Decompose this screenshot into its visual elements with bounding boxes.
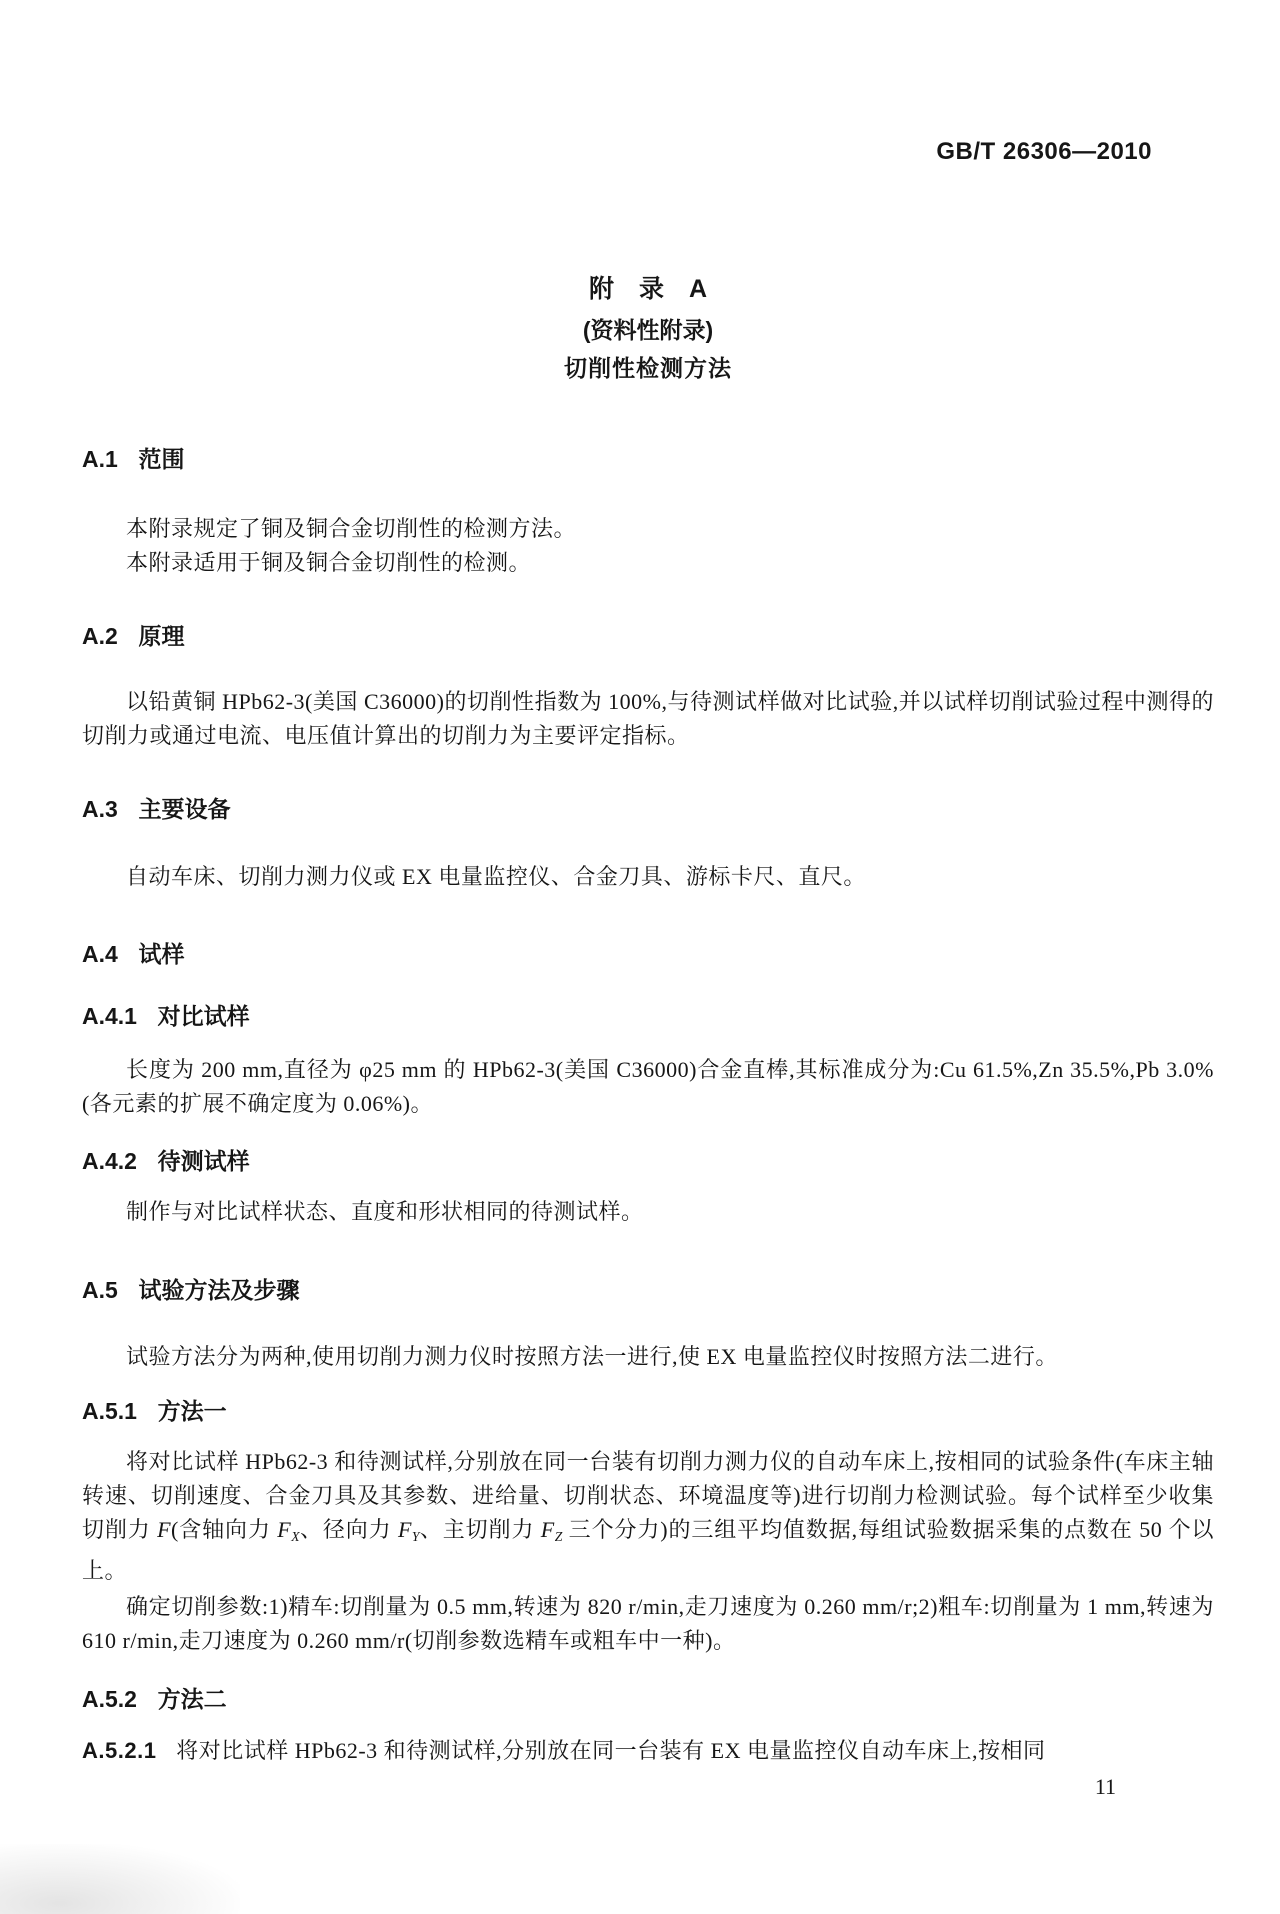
appendix-method-title: 切削性检测方法 [82,350,1214,386]
section-heading-a52: A.5.2方法二 [82,1683,1214,1715]
paragraph-principle: 以铅黄铜 HPb62-3(美国 C36000)的切削性指数为 100%,与待测试… [82,685,1214,753]
section-number: A.4.1 [82,1003,137,1029]
section-heading-a41: A.4.1对比试样 [82,1000,1214,1032]
section-title: 范围 [138,446,184,472]
section-number: A.1 [82,446,118,472]
paragraph-cutting-parameters: 确定切削参数:1)精车:切削量为 0.5 mm,转速为 820 r/min,走刀… [82,1590,1214,1658]
section-number: A.4 [82,941,118,967]
section-heading-a51: A.5.1方法一 [82,1395,1214,1427]
section-title: 方法二 [158,1686,227,1712]
section-number: A.5.1 [82,1398,137,1424]
section-number: A.2 [82,623,118,649]
paragraph-scope-2: 本附录适用于铜及铜合金切削性的检测。 [82,546,1214,580]
section-heading-a3: A.3主要设备 [82,793,1214,825]
clause-number: A.5.2.1 [82,1738,156,1763]
paragraph-method-one: 将对比试样 HPb62-3 和待测试样,分别放在同一台装有切削力测力仪的自动车床… [82,1445,1214,1588]
appendix-subtitle: (资料性附录) [82,312,1214,348]
section-title: 待测试样 [158,1148,250,1174]
section-number: A.3 [82,796,118,822]
appendix-title: 附 录 A [82,270,1214,308]
section-title: 试验方法及步骤 [138,1277,299,1303]
section-title: 主要设备 [138,796,230,822]
paragraph-equipment: 自动车床、切削力测力仪或 EX 电量监控仪、合金刀具、游标卡尺、直尺。 [82,860,1214,894]
section-number: A.5 [82,1277,118,1303]
section-title: 方法一 [158,1398,227,1424]
paragraph-scope-1: 本附录规定了铜及铜合金切削性的检测方法。 [82,512,1214,546]
paragraph-methods-overview: 试验方法分为两种,使用切削力测力仪时按照方法一进行,使 EX 电量监控仪时按照方… [82,1340,1214,1374]
scan-artifact [0,1844,240,1914]
paragraph-reference-sample: 长度为 200 mm,直径为 φ25 mm 的 HPb62-3(美国 C3600… [82,1053,1214,1121]
document-page: GB/T 26306—2010 附 录 A (资料性附录) 切削性检测方法 A.… [0,0,1280,1914]
paragraph-test-sample: 制作与对比试样状态、直度和形状相同的待测试样。 [82,1195,1214,1229]
section-heading-a42: A.4.2待测试样 [82,1145,1214,1177]
page-number: 11 [82,1772,1214,1802]
section-heading-a5: A.5试验方法及步骤 [82,1274,1214,1306]
clause-a521: A.5.2.1将对比试样 HPb62-3 和待测试样,分别放在同一台装有 EX … [82,1734,1214,1768]
section-title: 对比试样 [158,1003,250,1029]
section-title: 试样 [138,941,184,967]
section-title: 原理 [138,623,184,649]
standard-code: GB/T 26306—2010 [82,138,1214,166]
section-heading-a4: A.4试样 [82,938,1214,970]
section-heading-a1: A.1范围 [82,443,1214,475]
section-number: A.5.2 [82,1686,137,1712]
clause-text: 将对比试样 HPb62-3 和待测试样,分别放在同一台装有 EX 电量监控仪自动… [176,1738,1045,1763]
section-heading-a2: A.2原理 [82,620,1214,652]
section-number: A.4.2 [82,1148,137,1174]
